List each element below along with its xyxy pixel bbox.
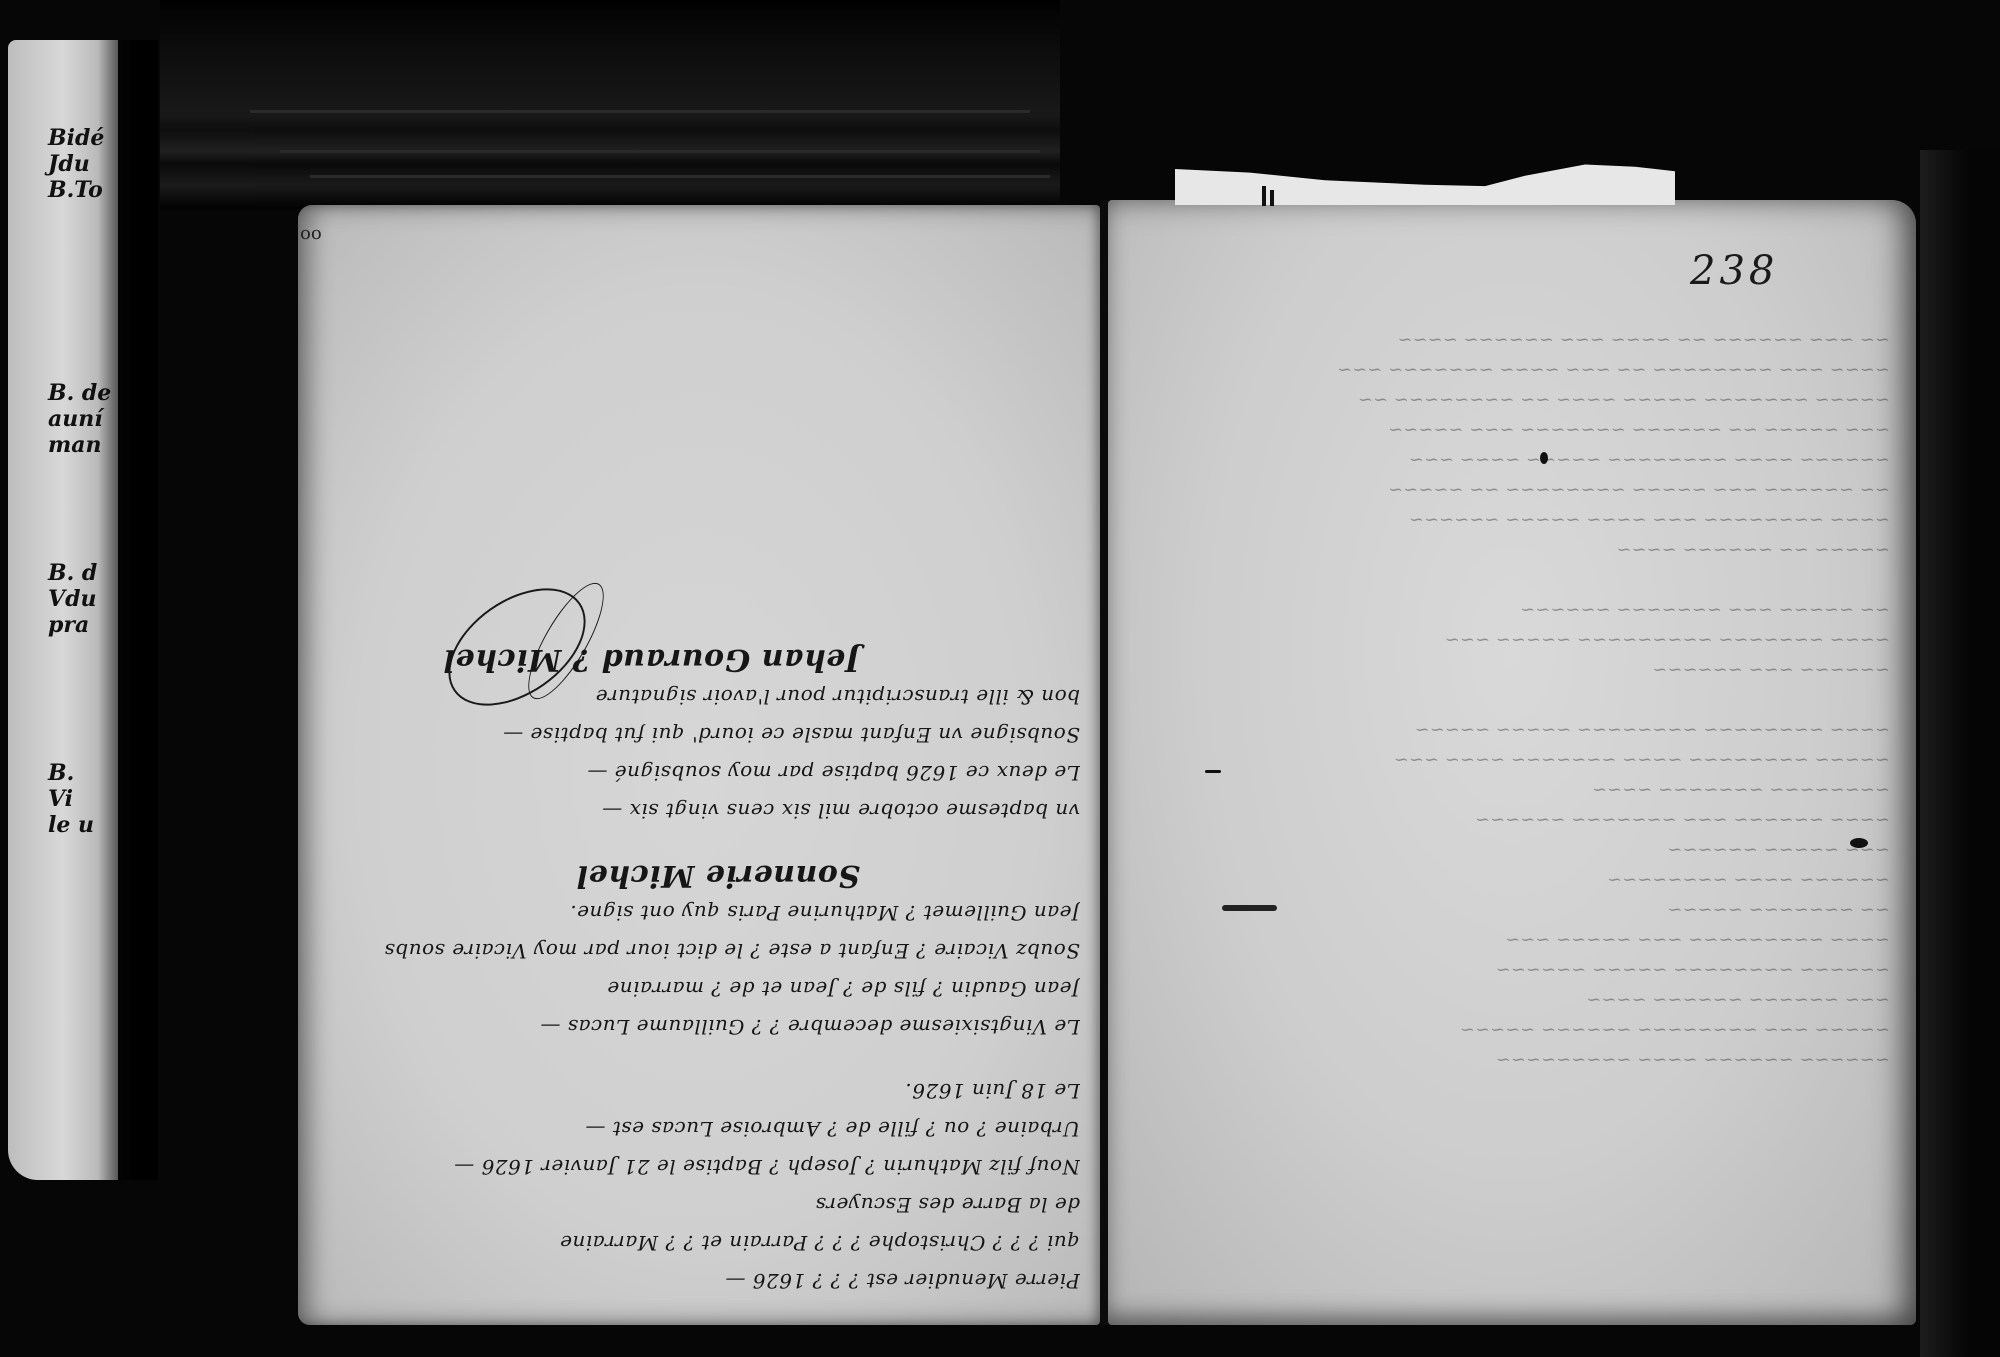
bleed-line: ~~~~~~ ~~~ ~~~~~~: [1190, 655, 1890, 685]
entry-line: Soubsigne vn Enfant masle ce iourd' qui …: [320, 716, 1080, 754]
signature-line: Jehan Gouraud ? Michel: [320, 640, 1080, 678]
bleed-line: ~~~ ~~~~~ ~~~~~~: [1190, 835, 1890, 865]
bleed-line: ~~~~~~ ~~~~~~~~ ~~~~~ ~~~~~~: [1190, 955, 1890, 985]
page-edge: [280, 150, 1040, 153]
bleed-line: ~~~~~ ~~~~~~~~ ~~~~ ~~~~~~~ ~~~~ ~~~: [1190, 745, 1890, 775]
folio-number: 238: [1690, 248, 1778, 294]
bleed-line: ~~~~ ~~~~~~~ ~~~~~~~~~ ~~~~~ ~~~: [1190, 625, 1890, 655]
bleed-line: ~~~~ ~~~~~~~~~ ~~~ ~~~~~ ~~~: [1190, 925, 1890, 955]
entry-line: Jean Guillemet ? Mathurine Paris quy ont…: [320, 894, 1080, 932]
entry-line: Le Vingtsixiesme decembre ? ? Guillaume …: [320, 1008, 1080, 1046]
margin-note: Bidé Jdu B.To: [48, 125, 104, 203]
bleed-line: ~~~~~ ~~ ~~~~~~ ~~~~: [1190, 535, 1890, 565]
bleed-line: ~~~~~~~~ ~~~~~~~ ~~~~: [1190, 775, 1890, 805]
entry-line: Urbaine ? ou ? fille de ? Ambroise Lucas…: [320, 1110, 1080, 1148]
ink-mark: [1262, 186, 1266, 206]
bleed-line: ~~~~ ~~~~~~~~ ~~~ ~~~~ ~~~~~ ~~~~~~: [1190, 505, 1890, 535]
page-edge: [250, 110, 1030, 113]
torn-paper-slip: [1175, 160, 1675, 205]
bleed-line: ~~ ~~~~~~ ~~~ ~~~~~ ~~~~~~~~ ~~ ~~~~~: [1190, 475, 1890, 505]
date-heading: Le 18 Juin 1626.: [320, 1072, 1080, 1110]
entry-line: Pierre Menudier est ? ? ? 1626 —: [320, 1262, 1080, 1300]
ink-blot: [1540, 452, 1548, 464]
bleed-line: ~~~~~ ~~~~~~~ ~~~~~ ~~~~ ~~ ~~~~~~~~ ~~: [1190, 385, 1890, 415]
entry-line: Nouf filz Mathurin ? Joseph ? Baptise le…: [320, 1148, 1080, 1186]
signature-line: Sonnerie Michel: [320, 856, 1080, 894]
bleed-through-text: ~~ ~~~ ~~~~~~ ~~ ~~~~ ~~~ ~~~~~~ ~~~~ ~~…: [1190, 325, 1890, 1305]
bleed-line: ~~~~ ~~~~~~~~ ~~~~~~~~ ~~~~~ ~~~~~: [1190, 715, 1890, 745]
entry-line: Le deux ce 1626 baptise par moy soubsign…: [320, 754, 1080, 792]
bleed-line: [1190, 565, 1890, 595]
scan-right-border: [1920, 150, 2000, 1357]
margin-note: B. d Vdu pra: [48, 560, 97, 638]
ink-mark: [1222, 905, 1277, 911]
bleed-line: ~~ ~~~ ~~~~~~ ~~ ~~~~ ~~~ ~~~~~~ ~~~~: [1190, 325, 1890, 355]
ink-blot: [1850, 838, 1868, 848]
bleed-line: ~~ ~~~~~ ~~~ ~~~~~~~ ~~~~~~: [1190, 595, 1890, 625]
microfilm-scan: Bidé Jdu B.To B. de auní man B. d Vdu pr…: [0, 0, 2000, 1357]
page-edge: [310, 175, 1050, 178]
bleed-line: ~~~~ ~~~~~~ ~~~ ~~~~~~~ ~~~~~~: [1190, 805, 1890, 835]
margin-note: B. de auní man: [48, 380, 111, 458]
entry-line: bon & ille transcripitur pour l'avoir si…: [320, 678, 1080, 716]
entry-line: de la Barre des Escuyers: [320, 1186, 1080, 1224]
left-page-entries: Pierre Menudier est ? ? ? 1626 — qui ? ?…: [320, 580, 1080, 1300]
ink-mark: [1270, 190, 1274, 206]
book-gutter: [1100, 200, 1108, 1325]
ink-mark: [1205, 770, 1221, 773]
corner-mark: oo: [300, 225, 322, 246]
entry-line: qui ? ? ? Christophe ? ? ? Parrain et ? …: [320, 1224, 1080, 1262]
entry-line: Jean Gaudin ? fils de ? Jean et de ? mar…: [320, 970, 1080, 1008]
bleed-line: ~~~~~~ ~~~~~~ ~~~~ ~~~~~~~~~: [1190, 1045, 1890, 1075]
margin-note: B. Vi le u: [48, 760, 94, 838]
entry-line: vn baptesme octobre mil six cens vingt s…: [320, 792, 1080, 830]
bleed-line: ~~~~~ ~~~ ~~~~~~~~ ~~~~~~ ~~~~~: [1190, 1015, 1890, 1045]
bleed-line: ~~~ ~~~~~~ ~~~~~~ ~~~~: [1190, 985, 1890, 1015]
bleed-line: ~~~~ ~~~ ~~~~~~~~ ~~ ~~~ ~~~~ ~~~~~~~ ~~…: [1190, 355, 1890, 385]
adjacent-page-strip: Bidé Jdu B.To B. de auní man B. d Vdu pr…: [8, 40, 118, 1180]
bleed-line: [1190, 685, 1890, 715]
bleed-line: ~~ ~~~~~~~ ~~~~~: [1190, 895, 1890, 925]
bleed-line: ~~~~~~ ~~~~ ~~~~~~~~: [1190, 865, 1890, 895]
stacked-page-edges: [160, 0, 1060, 210]
entry-line: Soubz Vicaire ? Enfant a este ? le dict …: [320, 932, 1080, 970]
bleed-line: ~~~ ~~~~~ ~~ ~~~~~~ ~~~~~~~ ~~~ ~~~~~: [1190, 415, 1890, 445]
